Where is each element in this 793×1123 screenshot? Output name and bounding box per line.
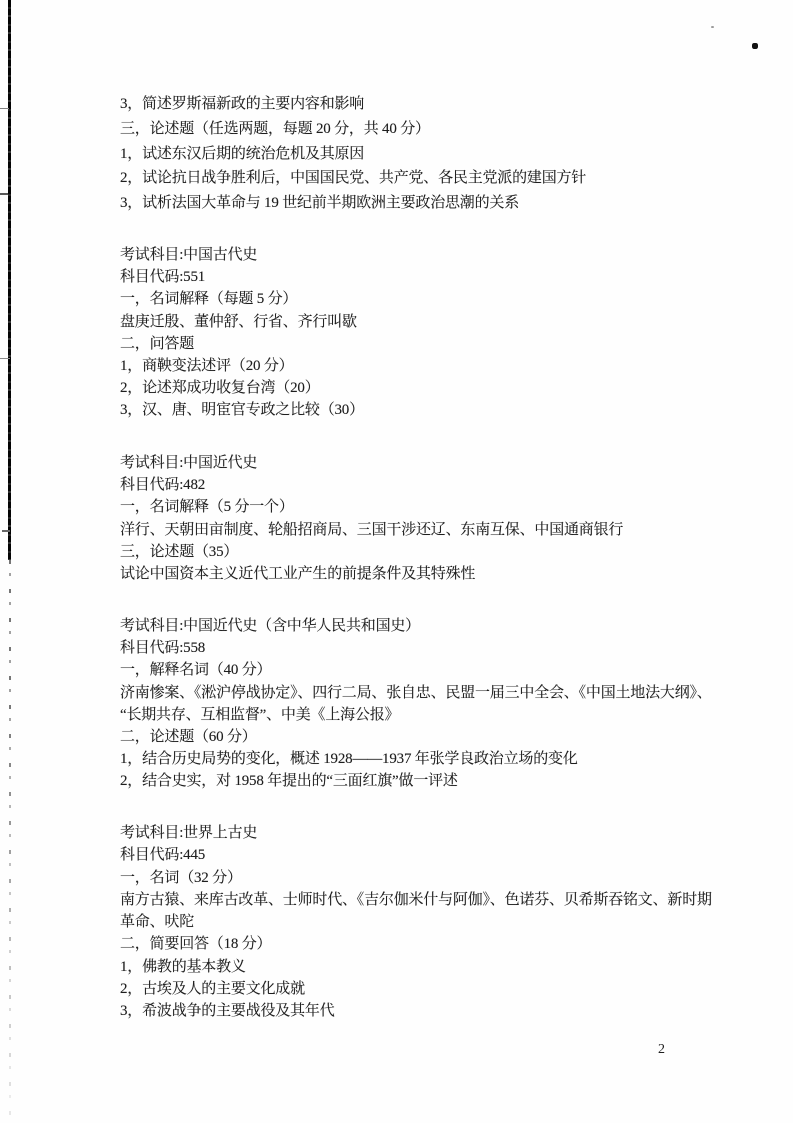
section-essay-questions-continued: 3，简述罗斯福新政的主要内容和影响 三，论述题（任选两题，每题 20 分，共 4… [120, 92, 586, 216]
exam-subject-title: 考试科目:世界上古史 [120, 822, 712, 844]
text-line: 一，名词解释（5 分一个） [120, 496, 623, 518]
text-line: 试论中国资本主义近代工业产生的前提条件及其特殊性 [120, 563, 623, 585]
text-line: 洋行、天朝田亩制度、轮船招商局、三国干涉还辽、东南互保、中国通商银行 [120, 519, 623, 541]
exam-subject-code: 科目代码:558 [120, 637, 712, 659]
section-chinese-ancient-history-551: 考试科目:中国古代史 科目代码:551 一，名词解释（每题 5 分） 盘庚迁殷、… [120, 244, 364, 422]
scan-edge-tick [0, 108, 9, 109]
text-line: 三，论述题（35） [120, 541, 623, 563]
text-line: 3，试析法国大革命与 19 世纪前半期欧洲主要政治思潮的关系 [120, 191, 586, 216]
text-line: 盘庚迁殷、董仲舒、行省、齐行叫歇 [120, 311, 364, 333]
exam-subject-title: 考试科目:中国近代史 [120, 452, 623, 474]
text-line: 1，结合历史局势的变化，概述 1928——1937 年张学良政治立场的变化 [120, 748, 712, 770]
exam-subject-code: 科目代码:445 [120, 844, 712, 866]
scan-edge-tick [0, 358, 10, 359]
scan-edge-fade [6, 700, 14, 1123]
text-line: “长期共存、互相监督”、中美《上海公报》 [120, 704, 712, 726]
text-line: 1，试述东汉后期的统治危机及其原因 [120, 142, 586, 167]
text-line: 三，论述题（任选两题，每题 20 分，共 40 分） [120, 117, 586, 142]
text-line: 一，解释名词（40 分） [120, 659, 712, 681]
text-line: 二，简要回答（18 分） [120, 933, 712, 955]
text-line: 1，商鞅变法述评（20 分） [120, 355, 364, 377]
text-line: 一，名词（32 分） [120, 867, 712, 889]
text-line: 二，论述题（60 分） [120, 726, 712, 748]
text-line: 南方古猿、来库古改革、士师时代、《吉尔伽米什与阿伽》、色诺芬、贝希斯吞铭文、新时… [120, 889, 712, 911]
exam-subject-code: 科目代码:551 [120, 266, 364, 288]
text-line: 二，问答题 [120, 333, 364, 355]
page-number: 2 [658, 1042, 665, 1058]
scan-edge-tick [0, 193, 8, 195]
scan-edge-tick [2, 530, 10, 532]
ink-speck-faint [711, 26, 714, 28]
text-line: 2，论述郑成功收复台湾（20） [120, 377, 364, 399]
text-line: 2，试论抗日战争胜利后，中国国民党、共产党、各民主党派的建国方针 [120, 166, 586, 191]
text-line: 1，佛教的基本教义 [120, 956, 712, 978]
text-line: 3，希波战争的主要战役及其年代 [120, 1000, 712, 1022]
exam-subject-title: 考试科目:中国古代史 [120, 244, 364, 266]
text-line: 一，名词解释（每题 5 分） [120, 288, 364, 310]
section-world-ancient-history-445: 考试科目:世界上古史 科目代码:445 一，名词（32 分） 南方古猿、来库古改… [120, 822, 712, 1023]
exam-subject-code: 科目代码:482 [120, 474, 623, 496]
exam-subject-title: 考试科目:中国近代史（含中华人民共和国史） [120, 615, 712, 637]
scan-edge-artifact-top [8, 0, 11, 560]
text-line: 革命、吠陀 [120, 911, 712, 933]
text-line: 2，结合史实，对 1958 年提出的“三面红旗”做一评述 [120, 770, 712, 792]
document-page: 3，简述罗斯福新政的主要内容和影响 三，论述题（任选两题，每题 20 分，共 4… [0, 0, 793, 1123]
ink-speck [752, 43, 758, 49]
section-chinese-modern-history-558: 考试科目:中国近代史（含中华人民共和国史） 科目代码:558 一，解释名词（40… [120, 615, 712, 793]
text-line: 3，汉、唐、明宦官专政之比较（30） [120, 399, 364, 421]
text-line: 济南惨案、《淞沪停战协定》、四行二局、张自忠、民盟一届三中全会、《中国土地法大纲… [120, 682, 712, 704]
text-line: 3，简述罗斯福新政的主要内容和影响 [120, 92, 586, 117]
text-line: 2，古埃及人的主要文化成就 [120, 978, 712, 1000]
section-chinese-modern-history-482: 考试科目:中国近代史 科目代码:482 一，名词解释（5 分一个） 洋行、天朝田… [120, 452, 623, 585]
